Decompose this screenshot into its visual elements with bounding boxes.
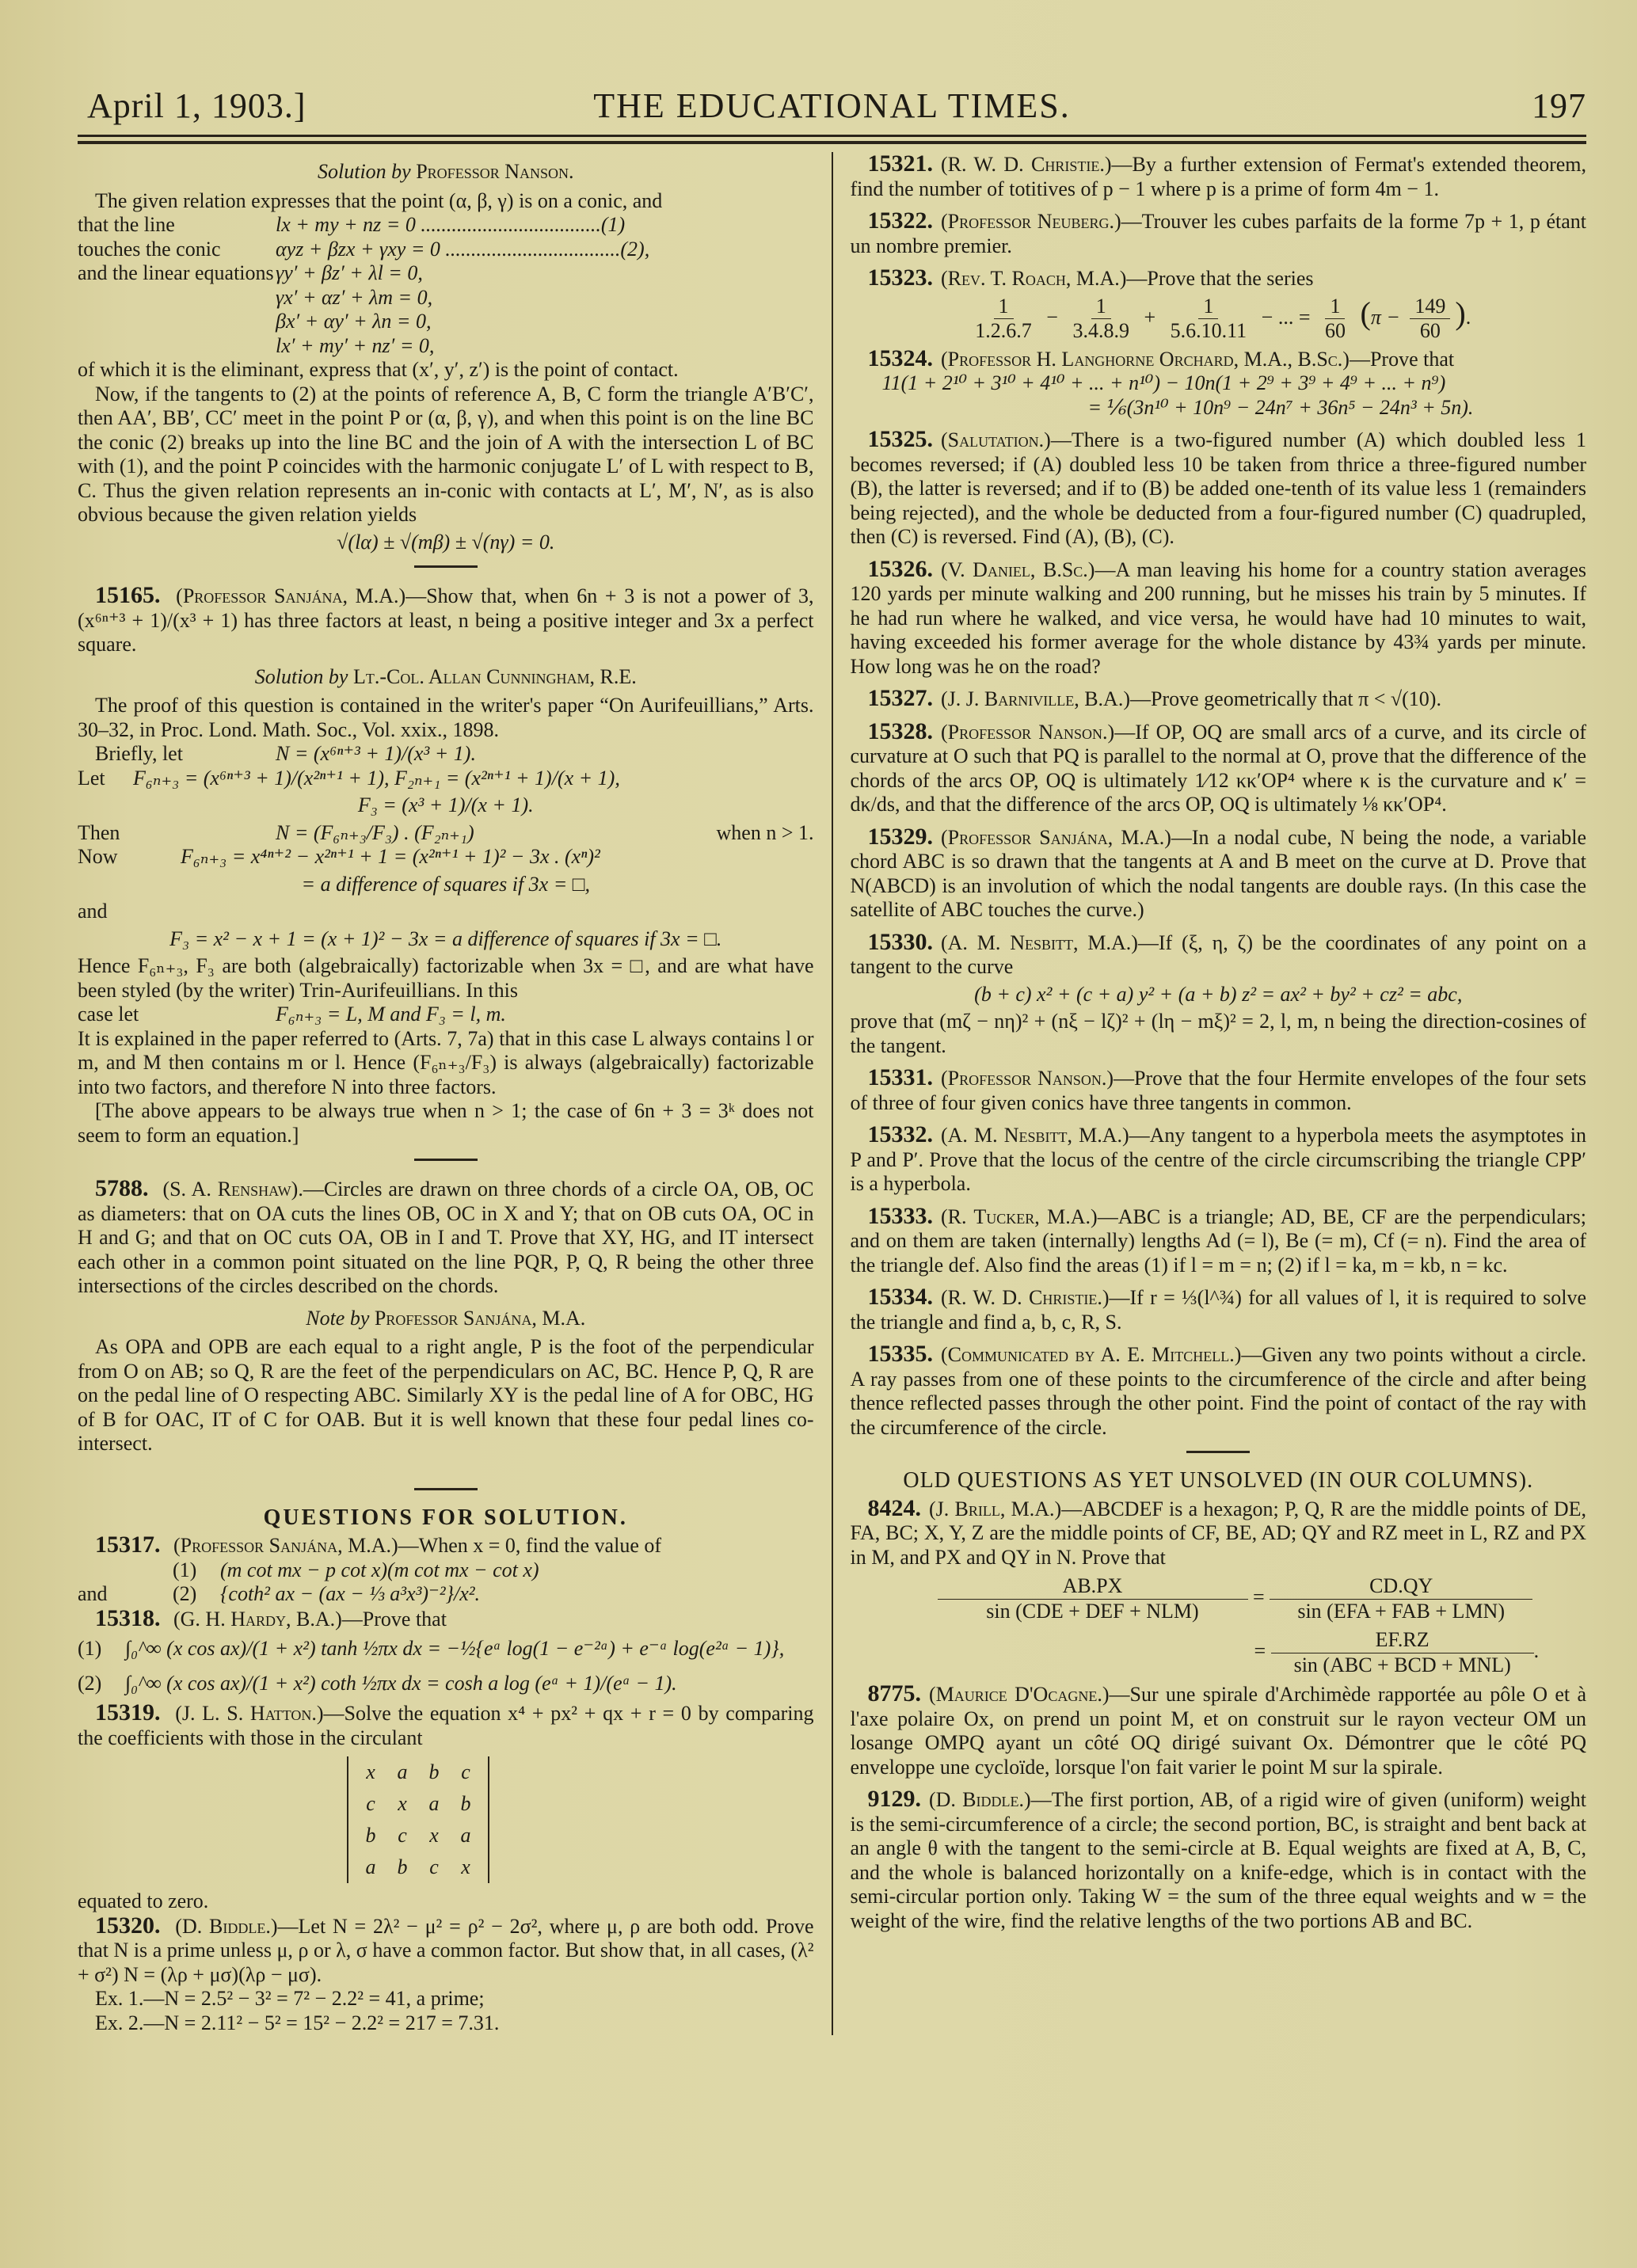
matrix-cell: c xyxy=(418,1851,450,1883)
section-heading-questions: QUESTIONS FOR SOLUTION. xyxy=(78,1506,814,1531)
question-15327: 15327.(J. J. Barniville, B.A.)—Prove geo… xyxy=(851,687,1587,712)
matrix-cell: x xyxy=(355,1756,386,1788)
newspaper-page: April 1, 1903.] THE EDUCATIONAL TIMES. 1… xyxy=(78,79,1586,2035)
solution-heading-cunningham: Solution by Lt.-Col. Allan Cunningham, R… xyxy=(78,665,814,690)
matrix-cell: b xyxy=(355,1820,386,1851)
question-15335: 15335.(Communicated by A. E. Mitchell.)—… xyxy=(851,1342,1587,1440)
matrix-cell: b xyxy=(450,1788,482,1820)
matrix-cell: x xyxy=(450,1851,482,1883)
paragraph: As OPA and OPB are each equal to a right… xyxy=(78,1335,814,1456)
paragraph: Now, if the tangents to (2) at the point… xyxy=(78,382,814,527)
section-divider xyxy=(1186,1451,1250,1453)
linear-equations: γx′ + αz′ + λm = 0, βx′ + αy′ + λn = 0, … xyxy=(78,286,814,359)
question-15324: 15324.(Professor H. Langhorne Orchard, M… xyxy=(851,347,1587,372)
circulant-matrix: xabccxabbcxaabcx xyxy=(78,1756,814,1883)
question-15320: 15320. (D. Biddle.)—Let N = 2λ² − μ² = ρ… xyxy=(78,1914,814,1988)
display-equation: F₃ = (x³ + 1)/(x + 1). xyxy=(78,793,814,818)
note-heading-sanjana: Note by Professor Sanjána, M.A. xyxy=(78,1307,814,1331)
question-15331: 15331.(Professor Nanson.)—Prove that the… xyxy=(851,1066,1587,1115)
equation-row: Now F₆ₙ₊₃ = x⁴ⁿ⁺² − x²ⁿ⁺¹ + 1 = (x²ⁿ⁺¹ +… xyxy=(78,845,814,870)
paragraph: Hence F₆ₙ₊₃, F₃ are both (algebraically)… xyxy=(78,954,814,1003)
page-number: 197 xyxy=(1532,86,1586,126)
question-15328: 15328.(Professor Nanson.)—If OP, OQ are … xyxy=(851,720,1587,817)
equation-row: Then N = (F₆ₙ₊₃/F₃) . (F₂ₙ₊₁) when n > 1… xyxy=(78,821,814,846)
matrix-cell: a xyxy=(386,1756,418,1788)
display-equation: F₃ = x² − x + 1 = (x + 1)² − 3x = a diff… xyxy=(78,927,814,952)
equation-row: Briefly, let N = (x⁶ⁿ⁺³ + 1)/(x³ + 1). xyxy=(78,742,814,767)
question-8424: 8424.(J. Brill, M.A.)—ABCDEF is a hexago… xyxy=(851,1497,1587,1570)
question-15318: 15318. (G. H. Hardy, B.A.)—Prove that xyxy=(78,1607,814,1632)
question-15165: 15165. (Professor Sanjána, M.A.)—Show th… xyxy=(78,584,814,657)
matrix-cell: x xyxy=(418,1820,450,1851)
section-divider xyxy=(414,1159,478,1161)
question-15317: 15317. (Professor Sanjána, M.A.)—When x … xyxy=(78,1533,814,1558)
question-15326: 15326.(V. Daniel, B.Sc.)—A man leaving h… xyxy=(851,557,1587,679)
question-15330: 15330.(A. M. Nesbitt, M.A.)—If (ξ, η, ζ)… xyxy=(851,930,1587,980)
paragraph: The proof of this question is contained … xyxy=(78,694,814,742)
question-15322: 15322.(Professor Neuberg.)—Trouver les c… xyxy=(851,209,1587,258)
matrix-cell: c xyxy=(386,1820,418,1851)
question-8775: 8775.(Maurice D'Ocagne.)—Sur une spirale… xyxy=(851,1682,1587,1779)
section-divider xyxy=(414,565,478,568)
question-15332: 15332.(A. M. Nesbitt, M.A.)—Any tangent … xyxy=(851,1123,1587,1197)
question-15329: 15329.(Professor Sanjána, M.A.)—In a nod… xyxy=(851,825,1587,923)
question-5788: 5788. (S. A. Renshaw).—Circles are drawn… xyxy=(78,1177,814,1299)
matrix-cell: c xyxy=(355,1788,386,1820)
display-equation: = a difference of squares if 3x = □, xyxy=(78,873,814,897)
display-equation: √(lα) ± √(mβ) ± √(nγ) = 0. xyxy=(78,531,814,555)
equation-row: and the linear equations γy′ + βz′ + λl … xyxy=(78,261,814,286)
paragraph: The given relation expresses that the po… xyxy=(78,189,814,214)
right-column: 15321.(R. W. D. Christie.)—By a further … xyxy=(832,152,1587,2035)
equation-row: that the line lx + my + nz = 0 .........… xyxy=(78,213,814,238)
matrix-cell: c xyxy=(450,1756,482,1788)
solution-heading-nanson: Solution by Professor Nanson. xyxy=(78,160,814,185)
section-heading-old-questions: OLD QUESTIONS AS YET UNSOLVED (IN OUR CO… xyxy=(851,1469,1587,1494)
section-divider xyxy=(414,1488,478,1490)
header-rule-top xyxy=(78,135,1586,137)
running-header: April 1, 1903.] THE EDUCATIONAL TIMES. 1… xyxy=(78,79,1586,130)
question-15321: 15321.(R. W. D. Christie.)—By a further … xyxy=(851,152,1587,201)
matrix-cell: x xyxy=(386,1788,418,1820)
question-15333: 15333.(R. Tucker, M.A.)—ABC is a triangl… xyxy=(851,1204,1587,1278)
matrix-cell: a xyxy=(418,1788,450,1820)
question-15319: 15319. (J. L. S. Hatton.)—Solve the equa… xyxy=(78,1701,814,1750)
matrix-cell: b xyxy=(386,1851,418,1883)
question-9129: 9129.(D. Biddle.)—The first portion, AB,… xyxy=(851,1787,1587,1933)
equation-row: Let F₆ₙ₊₃ = (x⁶ⁿ⁺³ + 1)/(x²ⁿ⁺¹ + 1), F₂ₙ… xyxy=(78,767,814,791)
left-column: Solution by Professor Nanson. The given … xyxy=(78,152,832,2035)
equation-row: case let F₆ₙ₊₃ = L, M and F₃ = l, m. xyxy=(78,1003,814,1027)
paragraph: It is explained in the paper referred to… xyxy=(78,1027,814,1100)
header-rule-bottom xyxy=(78,141,1586,144)
editor-note: [The above appears to be always true whe… xyxy=(78,1099,814,1147)
matrix-cell: a xyxy=(450,1820,482,1851)
matrix-cell: a xyxy=(355,1851,386,1883)
equation-row: touches the conic αyz + βzx + γxy = 0 ..… xyxy=(78,238,814,262)
question-15323: 15323.(Rev. T. Roach, M.A.)—Prove that t… xyxy=(851,266,1587,291)
series-equation: 11.2.6.7 − 13.4.8.9 + 15.6.10.11 − ... =… xyxy=(851,295,1587,344)
paragraph: of which it is the eliminant, express th… xyxy=(78,358,814,382)
publication-title: THE EDUCATIONAL TIMES. xyxy=(78,86,1586,126)
two-column-body: Solution by Professor Nanson. The given … xyxy=(78,152,1586,2035)
question-15334: 15334.(R. W. D. Christie.)—If r = ⅓(l^¾)… xyxy=(851,1285,1587,1334)
matrix-cell: b xyxy=(418,1756,450,1788)
ratio-equation: AB.PXsin (CDE + DEF + NLM) = CD.QYsin (E… xyxy=(851,1574,1587,1677)
question-15325: 15325.(Salutation.)—There is a two-figur… xyxy=(851,428,1587,550)
